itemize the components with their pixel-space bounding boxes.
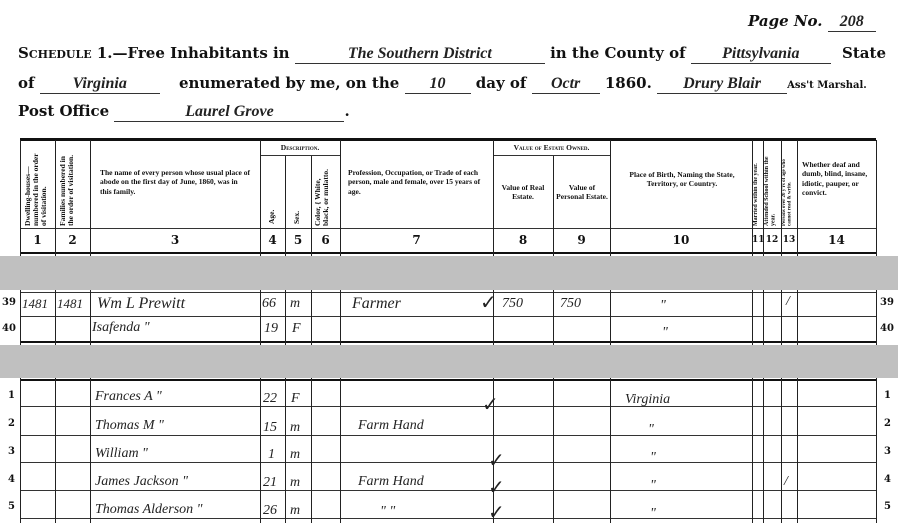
col-line [797,290,798,345]
age: 22 [263,391,277,407]
age: 15 [263,420,277,436]
age: 1 [268,447,275,463]
marshal-field: Drury Blair [657,75,787,94]
col-header-occupation: Profession, Occupation, or Trade of each… [348,168,486,196]
month-field: Octr [532,75,600,94]
cannot-read-mark: / [786,294,790,310]
col-line [763,378,764,523]
sex: F [291,391,300,407]
post-office-line: Post Office Laurel Grove. [18,102,350,122]
col-line [553,378,554,523]
col-line [20,290,21,345]
col-line [876,140,877,256]
row-line [20,490,876,491]
col-number: 3 [90,233,260,247]
col-line [55,378,56,523]
schedule-label: Schedule 1. [18,44,113,62]
col-header-color: Color, { White, black, or mulatto. [314,158,338,226]
col-header-age: Age. [268,200,278,224]
col-number: 14 [797,233,876,247]
col-line [285,290,286,345]
sex: m [290,296,300,312]
col-number: 8 [493,233,553,247]
row-line [20,406,876,407]
col-header-personal-estate: Value of Personal Estate. [556,183,608,202]
age: 19 [264,321,278,337]
col-line [610,378,611,523]
col-line [260,290,261,345]
sex: m [290,503,300,519]
personal-estate-value: 750 [560,296,581,312]
page-label: Page No. [748,12,823,30]
line-number-left: 40 [2,323,16,334]
estate-subline [493,155,610,156]
post-office-field: Laurel Grove [114,103,344,122]
marshal-label: Ass't Marshal. [787,80,867,91]
state-field: Virginia [40,75,160,94]
col-line [311,378,312,523]
cannot-read-mark: / [784,474,788,490]
line-number-left: 2 [8,418,15,429]
birthplace: " [650,450,656,466]
birthplace: " [650,478,656,494]
line-number-left: 4 [8,474,15,485]
line-number-left: 1 [8,390,15,401]
state-label: State [842,44,886,62]
col-line [285,378,286,523]
col-line [553,290,554,345]
check-mark-icon: ✓ [480,290,497,314]
col-line [311,290,312,345]
dwelling-number: 1481 [22,296,48,312]
row-line [20,292,876,293]
col-line [90,378,91,523]
col-line [781,290,782,345]
col-line [260,378,261,523]
col-header-family: Families numbered in the order of visita… [59,146,89,226]
col-header-birthplace: Place of Birth, Naming the State, Territ… [620,170,744,189]
check-mark-icon: ✓ [488,448,505,472]
birthplace: " [650,506,656,522]
occupation: Farm Hand [358,474,424,490]
person-name: Wm L Prewitt [97,295,185,313]
col-line [763,290,764,345]
line-number-right: 40 [880,323,894,334]
year-label: 1860. [605,74,652,92]
redaction-band [0,345,898,378]
birthplace: " [648,422,654,438]
row-line [20,518,876,519]
county-label: in the County of [550,44,686,62]
col-number: 11 [752,235,763,245]
col-line [20,378,21,523]
column-number-bottom-line [20,252,876,254]
check-mark-icon: ✓ [482,392,499,416]
col-number: 1 [20,233,55,247]
col-line [876,378,877,523]
occupation: Farmer [352,295,401,313]
col-number: 2 [55,233,90,247]
col-line [876,290,877,345]
col-line [55,290,56,345]
county-field: Pittsylvania [691,45,831,64]
description-subline [260,155,340,156]
col-header-name: The name of every person whose usual pla… [100,168,250,196]
sex: F [292,321,301,337]
line-number-right: 2 [884,418,891,429]
col-number: 7 [340,233,493,247]
row-line [20,462,876,463]
occupation: Farm Hand [358,418,424,434]
col-line [797,378,798,523]
col-line [781,378,782,523]
title-prefix: —Free Inhabitants in [113,44,290,62]
header-bottom-line [20,228,876,229]
post-office-label: Post Office [18,102,109,120]
line-number-right: 3 [884,446,891,457]
person-name: Thomas M " [95,418,164,434]
line-number-right: 39 [880,297,894,308]
row-line [20,341,876,343]
col-line [340,378,341,523]
occupation: " " [380,504,395,520]
col-header-cannot-read: Persons over 20 y'rs of age who cannot r… [782,146,797,226]
col-header-estate: Value of Estate Owned. [493,143,610,152]
line-number-right: 5 [884,501,891,512]
col-line [752,290,753,345]
col-line [90,290,91,345]
schedule-title-line: Schedule 1.—Free Inhabitants in The Sout… [18,44,886,64]
col-header-sex: Sex. [293,200,303,224]
of-label: of [18,74,34,92]
day-field: 10 [405,75,471,94]
redaction-band [0,256,898,290]
page-number: 208 [828,13,876,32]
enumeration-line: of Virginia enumerated by me, on the 10 … [18,74,867,94]
sex: m [290,420,300,436]
age: 26 [263,503,277,519]
person-name: William " [95,446,148,462]
col-header-school: Attended School within the year. [764,146,781,226]
table-top-border [20,138,876,141]
col-header-real-estate: Value of Real Estate. [497,183,549,202]
period: . [344,102,349,120]
col-number: 13 [781,235,797,245]
col-number: 4 [260,233,285,247]
line-number-left: 39 [2,297,16,308]
page-number-label: Page No. 208 [748,12,876,32]
person-name: Frances A " [95,389,162,405]
enumerated-label: enumerated by me, on the [179,74,399,92]
family-number: 1481 [57,296,83,312]
col-line [340,290,341,345]
district-field: The Southern District [295,45,545,64]
day-of-label: day of [476,74,527,92]
row-line [20,379,876,381]
real-estate-value: 750 [502,296,523,312]
col-number: 10 [610,233,752,247]
col-header-disability: Whether deaf and dumb, blind, insane, id… [802,160,874,198]
col-line [610,290,611,345]
col-number: 12 [763,235,781,245]
check-mark-icon: ✓ [488,500,505,523]
sex: m [290,475,300,491]
col-number: 5 [285,233,311,247]
row-line [20,435,876,436]
check-mark-icon: ✓ [488,475,505,499]
person-name: Isafenda " [92,320,150,336]
person-name: James Jackson " [95,474,188,490]
col-header-dwelling: Dwelling-houses— numbered in the order o… [24,146,54,226]
col-number: 6 [311,233,340,247]
line-number-right: 4 [884,474,891,485]
row-line [20,316,876,317]
line-number-left: 5 [8,501,15,512]
col-number: 9 [553,233,610,247]
age: 21 [263,475,277,491]
line-number-left: 3 [8,446,15,457]
birthplace: " [660,298,666,314]
line-number-right: 1 [884,390,891,401]
col-header-married: Married within the year. [753,146,763,226]
person-name: Thomas Alderson " [95,502,203,518]
col-header-description: Description. [260,143,340,152]
birthplace: Virginia [625,392,670,408]
sex: m [290,447,300,463]
birthplace: " [662,325,668,341]
col-line [752,378,753,523]
age: 66 [262,296,276,312]
